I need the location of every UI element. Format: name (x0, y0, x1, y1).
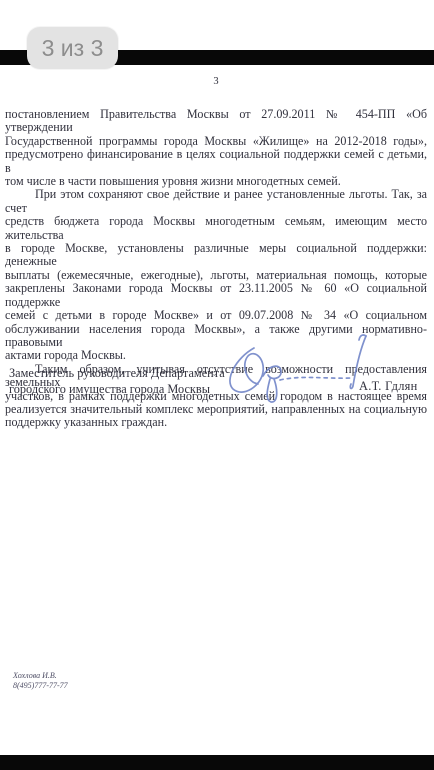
executor-phone: 8(495)777-77-77 (13, 681, 68, 691)
signature-small-loop (263, 366, 281, 378)
signature-loop (230, 348, 263, 392)
doc-line: закреплены Законами города Москвы от 23.… (5, 282, 427, 309)
doc-line: средств бюджета города Москвы многодетны… (5, 215, 427, 242)
doc-line: При этом сохраняют свое действие и ранее… (5, 188, 427, 215)
signoff-block: Заместитель руководителя Департамента го… (9, 365, 225, 398)
doc-line: постановлением Правительства Москвы от 2… (5, 108, 427, 135)
doc-line: выплаты (ежемесячные, ежегодные), льготы… (5, 269, 427, 282)
signature-descender (267, 379, 277, 402)
paragraph: постановлением Правительства Москвы от 2… (5, 108, 427, 188)
page-indicator-badge: 3 из 3 (27, 27, 118, 69)
doc-line: предусмотрено финансирование в целях соц… (5, 148, 427, 175)
signature-vertical-stroke (350, 336, 366, 388)
doc-line: в городе Москве, установлены различные м… (5, 242, 427, 269)
doc-line: том числе в части повышения уровня жизни… (5, 175, 427, 188)
scan-bottom-edge (0, 755, 434, 770)
executor-note: Хохлова И.В. 8(495)777-77-77 (13, 671, 68, 691)
signoff-title-line1: Заместитель руководителя Департамента (9, 365, 225, 381)
page-indicator-label: 3 из 3 (42, 35, 104, 62)
signoff-title-line2: городского имущества города Москвы (9, 381, 225, 397)
doc-line: Государственной программы города Москвы … (5, 135, 427, 148)
document-viewer: 3 из 3 3 постановлением Правительства Мо… (0, 0, 434, 770)
handwritten-signature-icon (220, 334, 380, 426)
doc-line: семей с детьми в городе Москве» и от 09.… (5, 309, 427, 322)
page-number: 3 (5, 76, 427, 87)
signature-dashed-tail (280, 377, 352, 380)
executor-name: Хохлова И.В. (13, 671, 68, 681)
